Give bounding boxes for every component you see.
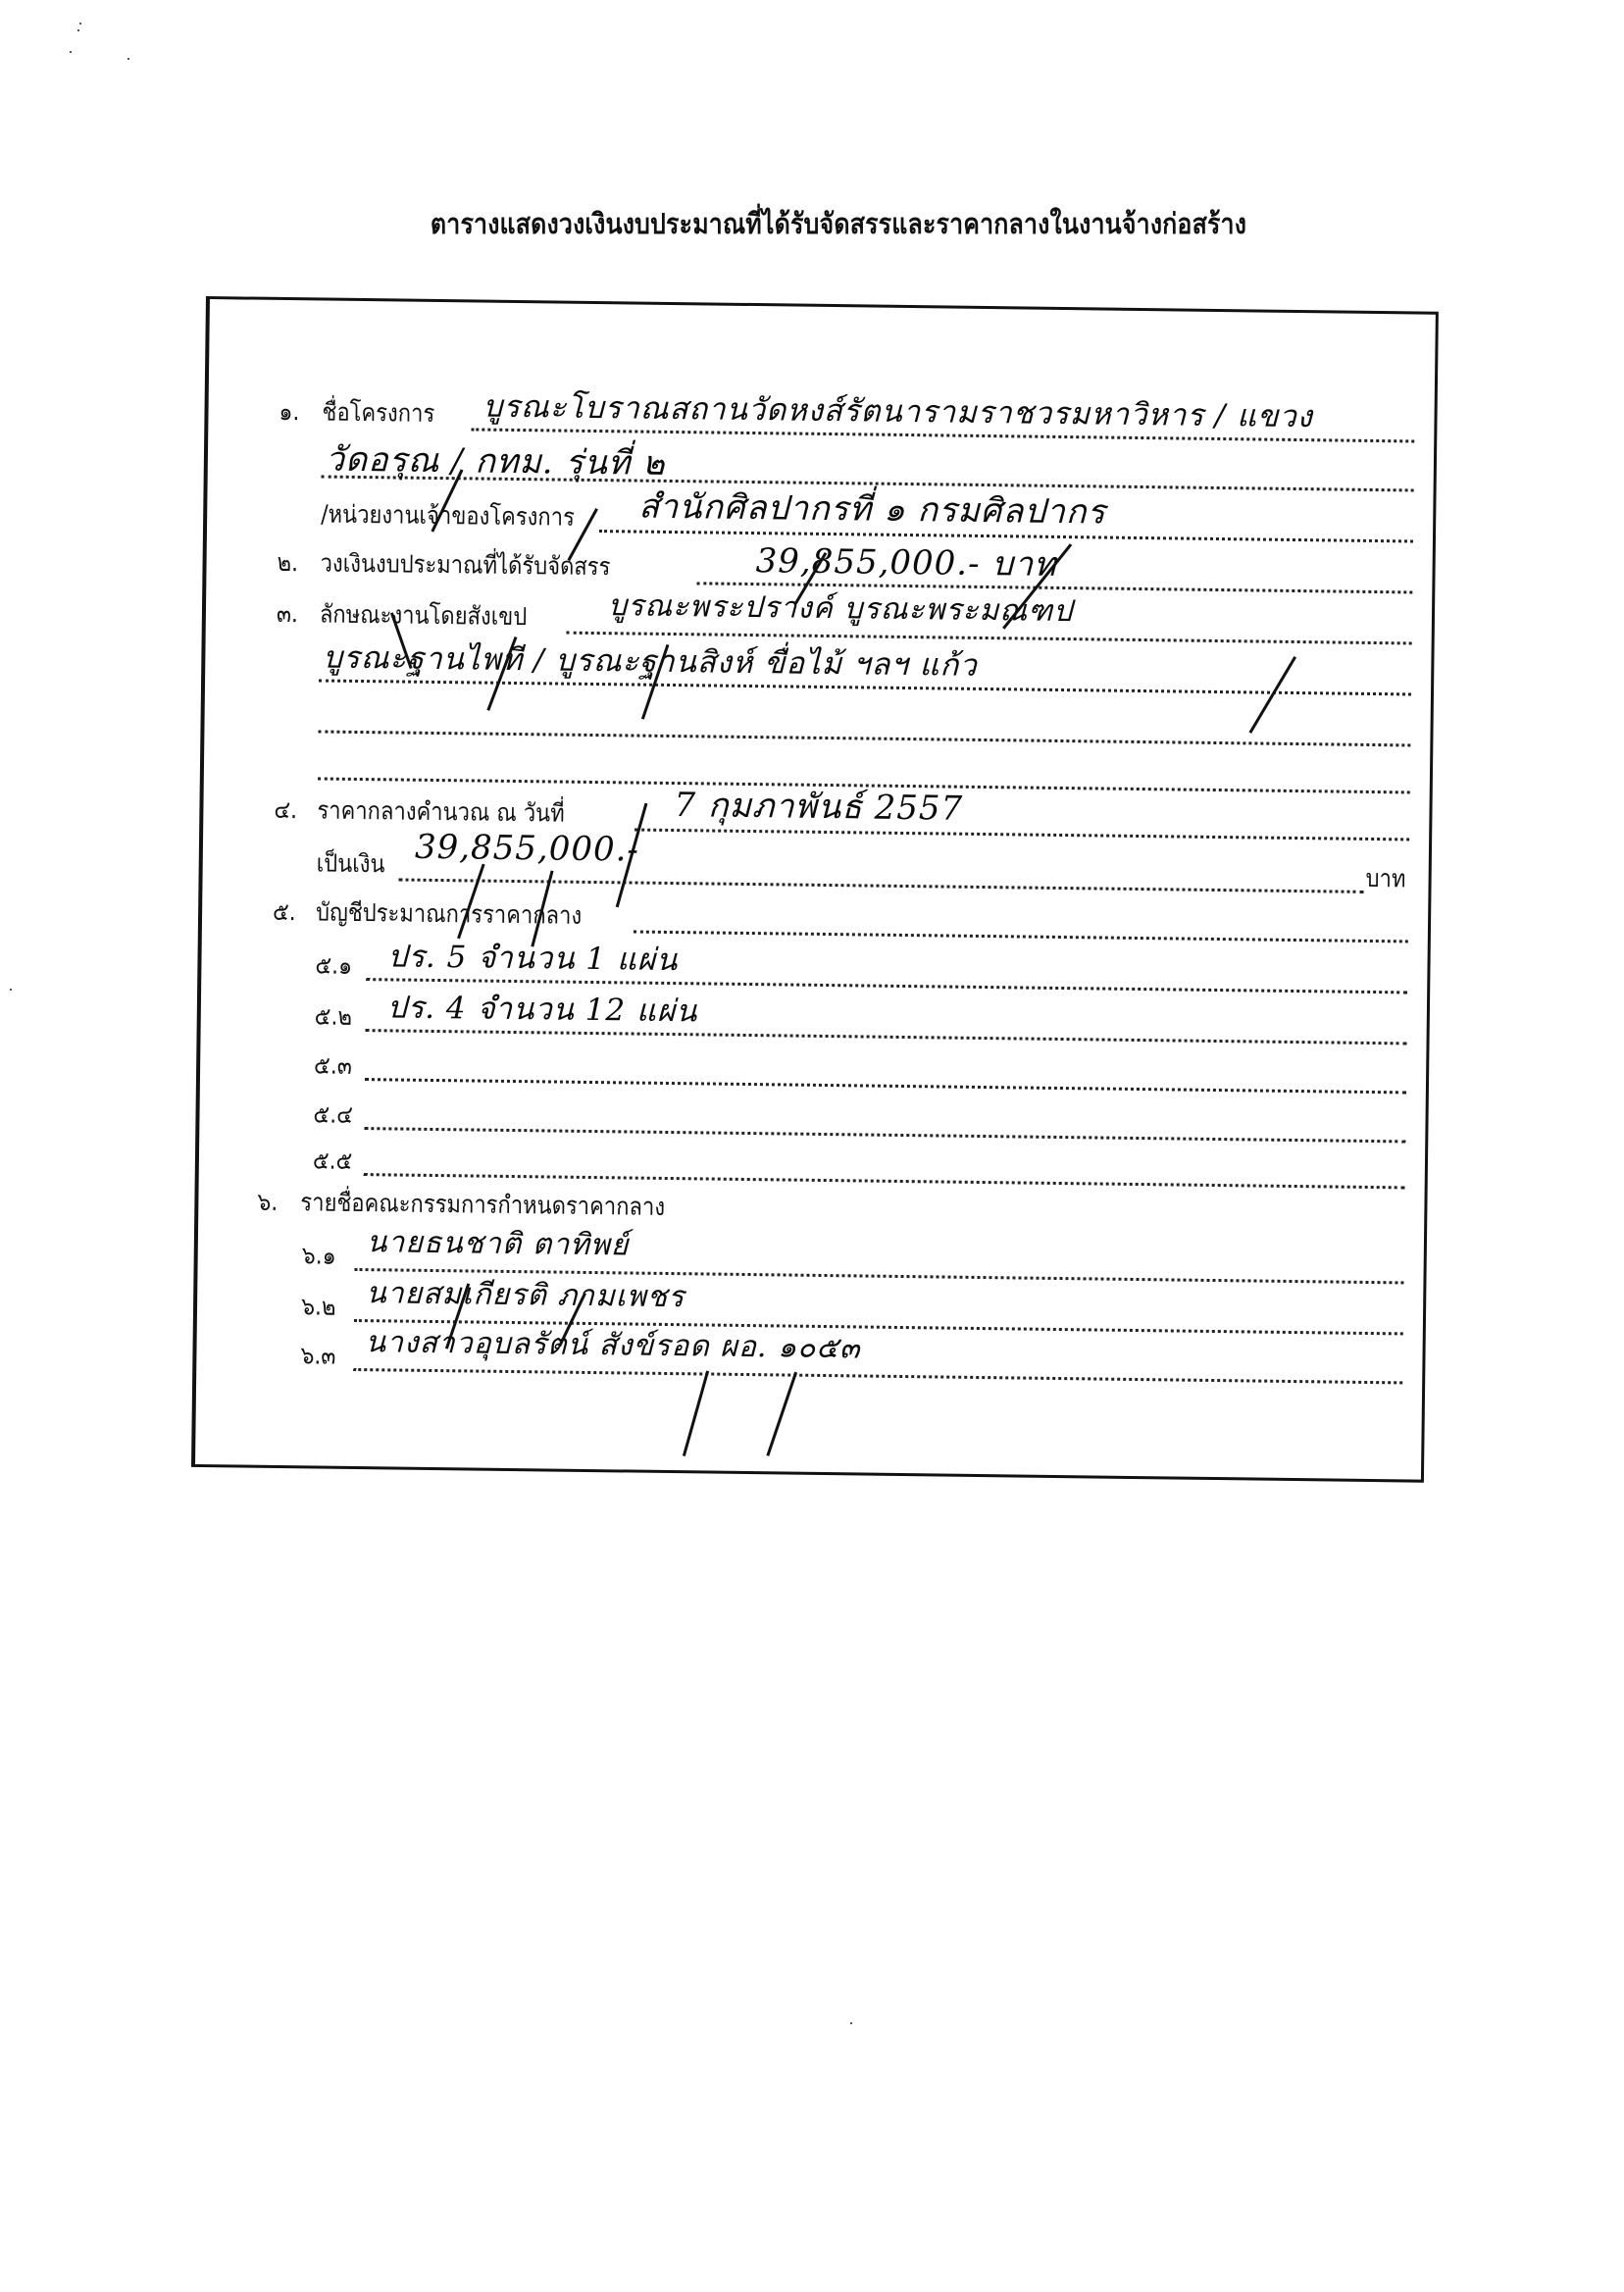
- item6-sub3-fill-line: [353, 1368, 1402, 1384]
- median-price-value[interactable]: 39,855,000.-: [415, 828, 639, 870]
- item1-label: ชื่อโครงการ: [322, 393, 434, 433]
- check-stroke: [766, 1372, 797, 1456]
- amount-label: เป็นเงิน: [316, 843, 384, 884]
- item5-number: ๕.: [273, 892, 296, 932]
- check-stroke: [683, 1370, 709, 1455]
- estimate-sheet-2-value[interactable]: ปร. 4 จำนวน 12 แผ่น: [387, 982, 698, 1035]
- item2-label: วงเงินงบประมาณที่ได้รับจัดสรร: [320, 543, 610, 586]
- scan-speck: [77, 29, 79, 31]
- item1-number: ๑.: [279, 392, 299, 432]
- item6-sub3-number: ๖.๓: [300, 1336, 335, 1375]
- work-description-value-2[interactable]: บูรณะฐานไพที / บูรณะฐานสิงห์ ขื่อไม้ ฯลฯ…: [323, 633, 978, 689]
- amount-unit: บาท: [1365, 859, 1405, 899]
- budget-form-box: ๑. ชื่อโครงการ บูรณะโบราณสถานวัดหงส์รัตน…: [191, 296, 1439, 1483]
- project-name-value-2[interactable]: วัดอรุณ / กทม. รุ่นที่ ๒: [326, 433, 666, 489]
- calculation-date-value[interactable]: 7 กุมภาพันธ์ 2557: [674, 778, 963, 835]
- item6-number: ๖.: [257, 1183, 278, 1222]
- item2-number: ๒.: [277, 543, 298, 583]
- scan-speck: [70, 51, 72, 53]
- scan-speck: [850, 2022, 852, 2024]
- item5-sub3-number: ๕.๓: [314, 1045, 352, 1085]
- item3-label: ลักษณะงานโดยสังเขป: [320, 594, 528, 637]
- item3-number: ๓.: [277, 594, 299, 634]
- owner-value[interactable]: สำนักศิลปากรที่ ๑ กรมศิลปากร: [638, 480, 1106, 538]
- scan-speck: [127, 58, 129, 60]
- item6-sub1-number: ๖.๑: [301, 1236, 335, 1275]
- project-name-value[interactable]: บูรณะโบราณสถานวัดหงส์รัตนารามราชวรมหาวิห…: [482, 382, 1313, 441]
- item4-number: ๔.: [274, 790, 297, 830]
- item5-sub2-number: ๕.๒: [315, 996, 353, 1036]
- allocated-budget-value[interactable]: 39,855,000.- บาท: [755, 534, 1057, 590]
- committee-member-1-value[interactable]: นายธนชาติ ตาทิพย์: [367, 1219, 630, 1268]
- committee-member-2-value[interactable]: นายสมเกียรติ ภามเพชร: [366, 1270, 685, 1320]
- item6-sub2-number: ๖.๒: [301, 1287, 336, 1326]
- item5-sub1-number: ๕.๑: [315, 945, 352, 985]
- scan-speck: [10, 989, 12, 991]
- committee-member-3-value[interactable]: นางสาวอุบลรัตน์ สังข์รอด ผอ. ๑๐๕๓: [365, 1319, 861, 1371]
- document-title: ตารางแสดงวงเงินงบประมาณที่ได้รับจัดสรรแล…: [118, 201, 1560, 246]
- scan-speck: [79, 23, 81, 25]
